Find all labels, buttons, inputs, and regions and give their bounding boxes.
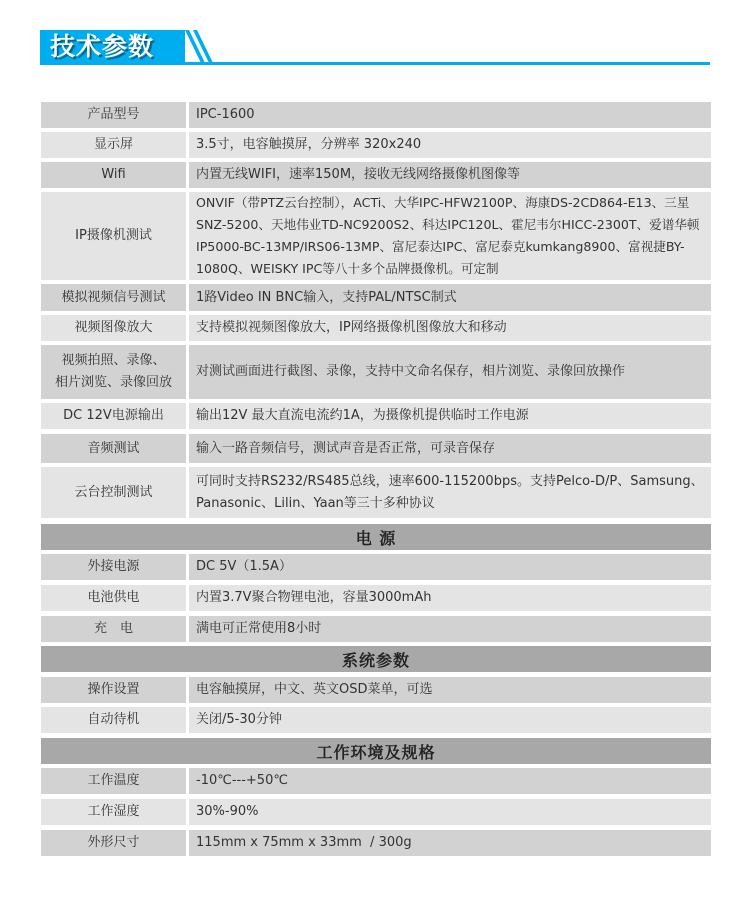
row-label: 视频拍照、录像、 相片浏览、录像回放 <box>41 345 186 399</box>
row-label: 外形尺寸 <box>41 830 186 856</box>
spec-row-external-power: 外接电源 DC 5V（1.5A） <box>41 554 711 580</box>
page-title: 技术参数 <box>50 31 154 63</box>
row-label: 自动待机 <box>41 707 186 733</box>
spec-row-humidity: 工作湿度 30%-90% <box>41 799 711 825</box>
row-value: 电容触摸屏，中文、英文OSD菜单，可选 <box>189 677 711 703</box>
row-label: 显示屏 <box>41 132 186 158</box>
spec-row-dc-output: DC 12V电源输出 输出12V 最大直流电流约1A，为摄像机提供临时工作电源 <box>41 403 711 429</box>
section-heading-system: 系统参数 <box>41 646 711 672</box>
spec-row-temperature: 工作温度 -10℃---+50℃ <box>41 768 711 794</box>
spec-row-audio: 音频测试 输入一路音频信号，测试声音是否正常，可录音保存 <box>41 434 711 463</box>
spec-row-analog-video: 模拟视频信号测试 1路Video IN BNC输入，支持PAL/NTSC制式 <box>41 284 711 311</box>
row-value: 满电可正常使用8小时 <box>189 616 711 642</box>
row-label: Wifi <box>41 162 186 188</box>
row-value: 内置3.7V聚合物锂电池，容量3000mAh <box>189 585 711 611</box>
row-value: IPC-1600 <box>189 102 711 128</box>
row-label: DC 12V电源输出 <box>41 403 186 429</box>
row-label-line1: 视频拍照、录像、 <box>61 350 165 372</box>
section-heading-environment: 工作环境及规格 <box>41 738 711 764</box>
header-title-block: 技术参数 <box>40 30 185 65</box>
row-value: ONVIF（带PTZ云台控制），ACTi、大华IPC-HFW2100P、海康DS… <box>189 192 711 280</box>
row-label: 电池供电 <box>41 585 186 611</box>
spec-row-charging: 充 电 满电可正常使用8小时 <box>41 616 711 642</box>
row-value: 可同时支持RS232/RS485总线，速率600-115200bps。支持Pel… <box>189 467 711 518</box>
row-value: 3.5寸，电容触摸屏，分辨率 320x240 <box>189 132 711 158</box>
spec-row-wifi: Wifi 内置无线WIFI，速率150M，接收无线网络摄像机图像等 <box>41 162 711 188</box>
row-label: 工作温度 <box>41 768 186 794</box>
row-label: IP摄像机测试 <box>41 192 186 280</box>
row-value: 115mm x 75mm x 33mm / 300g <box>189 830 711 856</box>
row-value: DC 5V（1.5A） <box>189 554 711 580</box>
row-label: 音频测试 <box>41 434 186 463</box>
row-value: 输入一路音频信号，测试声音是否正常，可录音保存 <box>189 434 711 463</box>
row-label-line2: 相片浏览、录像回放 <box>55 372 172 394</box>
row-label: 模拟视频信号测试 <box>41 284 186 311</box>
row-value: 内置无线WIFI，速率150M，接收无线网络摄像机图像等 <box>189 162 711 188</box>
section-heading-power: 电 源 <box>41 524 711 550</box>
header-underline <box>183 62 710 65</box>
spec-row-ptz: 云台控制测试 可同时支持RS232/RS485总线，速率600-115200bp… <box>41 467 711 518</box>
row-value: 关闭/5-30分钟 <box>189 707 711 733</box>
spec-row-battery: 电池供电 内置3.7V聚合物锂电池，容量3000mAh <box>41 585 711 611</box>
spec-row-ip-camera: IP摄像机测试 ONVIF（带PTZ云台控制），ACTi、大华IPC-HFW21… <box>41 192 711 280</box>
spec-row-capture: 视频拍照、录像、 相片浏览、录像回放 对测试画面进行截图、录像，支持中文命名保存… <box>41 345 711 399</box>
diagonal-stripes-icon <box>180 30 220 65</box>
row-label: 外接电源 <box>41 554 186 580</box>
spec-row-model: 产品型号 IPC-1600 <box>41 102 711 128</box>
row-value: 1路Video IN BNC输入，支持PAL/NTSC制式 <box>189 284 711 311</box>
row-label: 视频图像放大 <box>41 315 186 341</box>
row-value: 对测试画面进行截图、录像，支持中文命名保存，相片浏览、录像回放操作 <box>189 345 711 399</box>
row-label: 产品型号 <box>41 102 186 128</box>
row-value: 30%-90% <box>189 799 711 825</box>
spec-row-operation: 操作设置 电容触摸屏，中文、英文OSD菜单，可选 <box>41 677 711 703</box>
row-label: 操作设置 <box>41 677 186 703</box>
spec-row-standby: 自动待机 关闭/5-30分钟 <box>41 707 711 733</box>
spec-row-display: 显示屏 3.5寸，电容触摸屏，分辨率 320x240 <box>41 132 711 158</box>
row-value: 输出12V 最大直流电流约1A，为摄像机提供临时工作电源 <box>189 403 711 429</box>
spec-row-zoom: 视频图像放大 支持模拟视频图像放大，IP网络摄像机图像放大和移动 <box>41 315 711 341</box>
row-value: -10℃---+50℃ <box>189 768 711 794</box>
row-label: 工作湿度 <box>41 799 186 825</box>
row-label: 云台控制测试 <box>41 467 186 518</box>
spec-row-dimensions: 外形尺寸 115mm x 75mm x 33mm / 300g <box>41 830 711 856</box>
section-header: 技术参数 <box>40 30 710 65</box>
row-label: 充 电 <box>41 616 186 642</box>
row-value: 支持模拟视频图像放大，IP网络摄像机图像放大和移动 <box>189 315 711 341</box>
